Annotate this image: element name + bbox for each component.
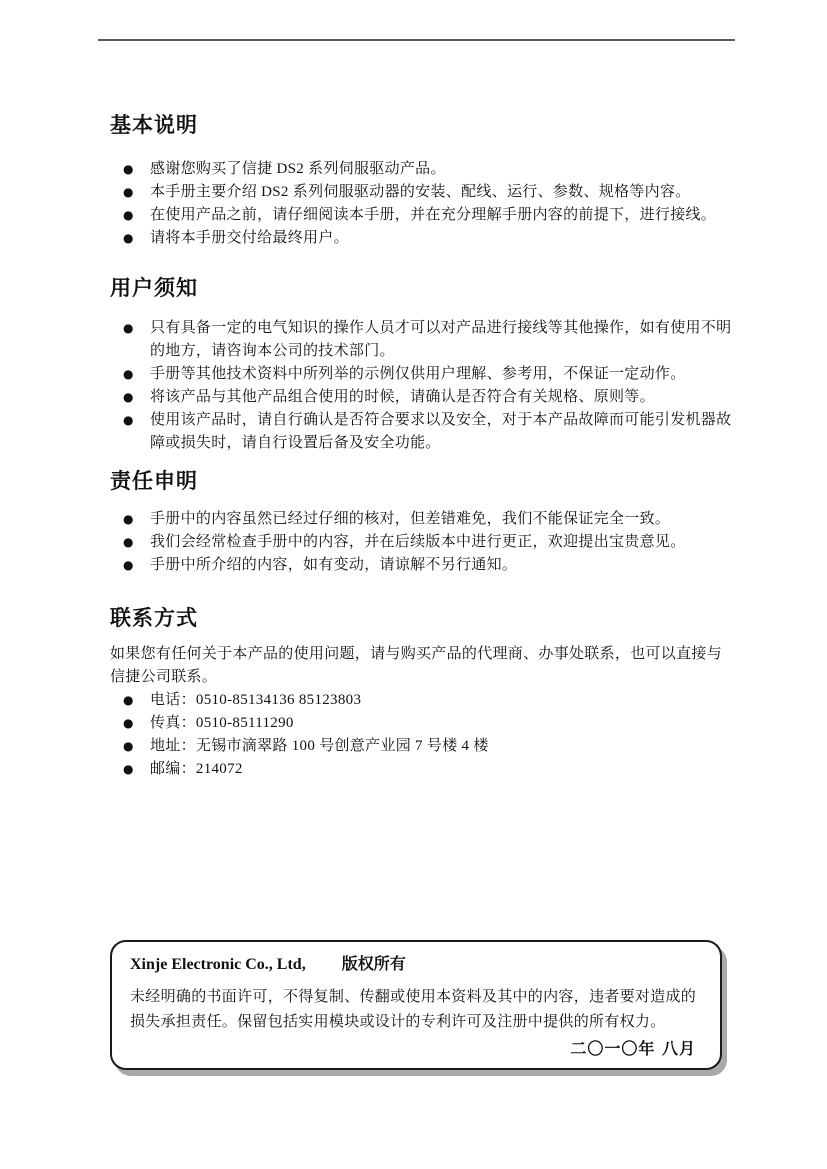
bullet-list: ●感谢您购买了信捷 DS2 系列伺服驱动产品。 ●本手册主要介绍 DS2 系列伺… — [110, 158, 736, 250]
bullet-text: 将该产品与其他产品组合使用的时候，请确认是否符合有关规格、原则等。 — [150, 389, 655, 405]
bullet-text: 手册中所介绍的内容，如有变动，请谅解不另行通知。 — [150, 557, 517, 573]
bullet-icon: ● — [123, 508, 134, 531]
section-title: 基本说明 — [110, 112, 736, 138]
bullet-icon: ● — [123, 181, 134, 204]
bullet-item: ●本手册主要介绍 DS2 系列伺服驱动器的安装、配线、运行、参数、规格等内容。 — [110, 181, 736, 204]
bullet-icon: ● — [123, 227, 134, 250]
top-rule — [98, 39, 735, 41]
copyright-header: Xinje Electronic Co., Ltd,版权所有 — [130, 952, 710, 977]
bullet-item: ●我们会经常检查手册中的内容，并在后续版本中进行更正，欢迎提出宝贵意见。 — [110, 531, 736, 554]
bullet-text: 手册中的内容虽然已经过仔细的核对，但差错难免，我们不能保证完全一致。 — [150, 511, 670, 527]
bullet-text: 使用该产品时，请自行确认是否符合要求以及安全，对于本产品故障而可能引发机器故障或… — [150, 412, 731, 451]
bullet-icon: ● — [123, 317, 134, 340]
bullet-text: 本手册主要介绍 DS2 系列伺服驱动器的安装、配线、运行、参数、规格等内容。 — [150, 184, 691, 200]
section-user-notice: 用户须知 ●只有具备一定的电气知识的操作人员才可以对产品进行接线等其他操作，如有… — [110, 275, 736, 455]
manual-preface-page: 基本说明 ●感谢您购买了信捷 DS2 系列伺服驱动产品。 ●本手册主要介绍 DS… — [0, 0, 827, 1169]
company-name: Xinje Electronic Co., Ltd, — [130, 956, 306, 973]
bullet-item-fax: ●传真：0510-85111290 — [110, 712, 736, 735]
bullet-item-zipcode: ●邮编：214072 — [110, 758, 736, 781]
bullet-item-phone: ●电话：0510-85134136 85123803 — [110, 689, 736, 712]
section-liability-statement: 责任申明 ●手册中的内容虽然已经过仔细的核对，但差错难免，我们不能保证完全一致。… — [110, 468, 736, 577]
section-title: 责任申明 — [110, 468, 736, 494]
bullet-list: ●电话：0510-85134136 85123803 ●传真：0510-8511… — [110, 689, 736, 781]
section-contact-info: 联系方式 如果您有任何关于本产品的使用问题，请与购买产品的代理商、办事处联系，也… — [110, 605, 736, 781]
copyright-date: 二〇一〇年 八月 — [130, 1037, 710, 1061]
bullet-item: ●手册等其他技术资料中所列举的示例仅供用户理解、参考用，不保证一定动作。 — [110, 363, 736, 386]
bullet-icon: ● — [123, 204, 134, 227]
bullet-item: ●将该产品与其他产品组合使用的时候，请确认是否符合有关规格、原则等。 — [110, 386, 736, 409]
bullet-icon: ● — [123, 689, 134, 712]
section-title: 用户须知 — [110, 275, 736, 301]
bullet-icon: ● — [123, 712, 134, 735]
bullet-text: 地址：无锡市滴翠路 100 号创意产业园 7 号楼 4 楼 — [150, 738, 489, 754]
bullet-icon: ● — [123, 409, 134, 432]
bullet-item: ●手册中的内容虽然已经过仔细的核对，但差错难免，我们不能保证完全一致。 — [110, 508, 736, 531]
bullet-text: 电话：0510-85134136 85123803 — [150, 692, 361, 708]
bullet-list: ●手册中的内容虽然已经过仔细的核对，但差错难免，我们不能保证完全一致。 ●我们会… — [110, 508, 736, 577]
section-title: 联系方式 — [110, 605, 736, 631]
bullet-icon: ● — [123, 758, 134, 781]
bullet-item-address: ●地址：无锡市滴翠路 100 号创意产业园 7 号楼 4 楼 — [110, 735, 736, 758]
bullet-icon: ● — [123, 158, 134, 181]
bullet-text: 传真：0510-85111290 — [150, 715, 294, 731]
bullet-item: ●手册中所介绍的内容，如有变动，请谅解不另行通知。 — [110, 554, 736, 577]
bullet-item: ●使用该产品时，请自行确认是否符合要求以及安全，对于本产品故障而可能引发机器故障… — [110, 409, 736, 455]
copyright-body: 未经明确的书面许可，不得复制、传翻或使用本资料及其中的内容，违者要对造成的损失承… — [130, 985, 710, 1035]
bullet-list: ●只有具备一定的电气知识的操作人员才可以对产品进行接线等其他操作，如有使用不明的… — [110, 317, 736, 455]
bullet-icon: ● — [123, 735, 134, 758]
bullet-icon: ● — [123, 363, 134, 386]
bullet-item: ●只有具备一定的电气知识的操作人员才可以对产品进行接线等其他操作，如有使用不明的… — [110, 317, 736, 363]
bullet-item: ●请将本手册交付给最终用户。 — [110, 227, 736, 250]
bullet-text: 邮编：214072 — [150, 761, 243, 777]
page-content: 基本说明 ●感谢您购买了信捷 DS2 系列伺服驱动产品。 ●本手册主要介绍 DS… — [110, 112, 736, 1070]
bullet-icon: ● — [123, 386, 134, 409]
bullet-text: 手册等其他技术资料中所列举的示例仅供用户理解、参考用，不保证一定动作。 — [150, 366, 686, 382]
bullet-item: ●在使用产品之前，请仔细阅读本手册，并在充分理解手册内容的前提下，进行接线。 — [110, 204, 736, 227]
bullet-text: 感谢您购买了信捷 DS2 系列伺服驱动产品。 — [150, 161, 446, 177]
copyright-box: Xinje Electronic Co., Ltd,版权所有 未经明确的书面许可… — [110, 940, 722, 1070]
bullet-text: 我们会经常检查手册中的内容，并在后续版本中进行更正，欢迎提出宝贵意见。 — [150, 534, 686, 550]
copyright-label: 版权所有 — [342, 954, 406, 973]
bullet-item: ●感谢您购买了信捷 DS2 系列伺服驱动产品。 — [110, 158, 736, 181]
bullet-icon: ● — [123, 554, 134, 577]
bullet-text: 只有具备一定的电气知识的操作人员才可以对产品进行接线等其他操作，如有使用不明的地… — [150, 320, 731, 359]
section-basic-description: 基本说明 ●感谢您购买了信捷 DS2 系列伺服驱动产品。 ●本手册主要介绍 DS… — [110, 112, 736, 250]
contact-intro: 如果您有任何关于本产品的使用问题，请与购买产品的代理商、办事处联系，也可以直接与… — [110, 643, 736, 689]
bullet-text: 在使用产品之前，请仔细阅读本手册，并在充分理解手册内容的前提下，进行接线。 — [150, 207, 716, 223]
bullet-text: 请将本手册交付给最终用户。 — [150, 230, 349, 246]
bullet-icon: ● — [123, 531, 134, 554]
